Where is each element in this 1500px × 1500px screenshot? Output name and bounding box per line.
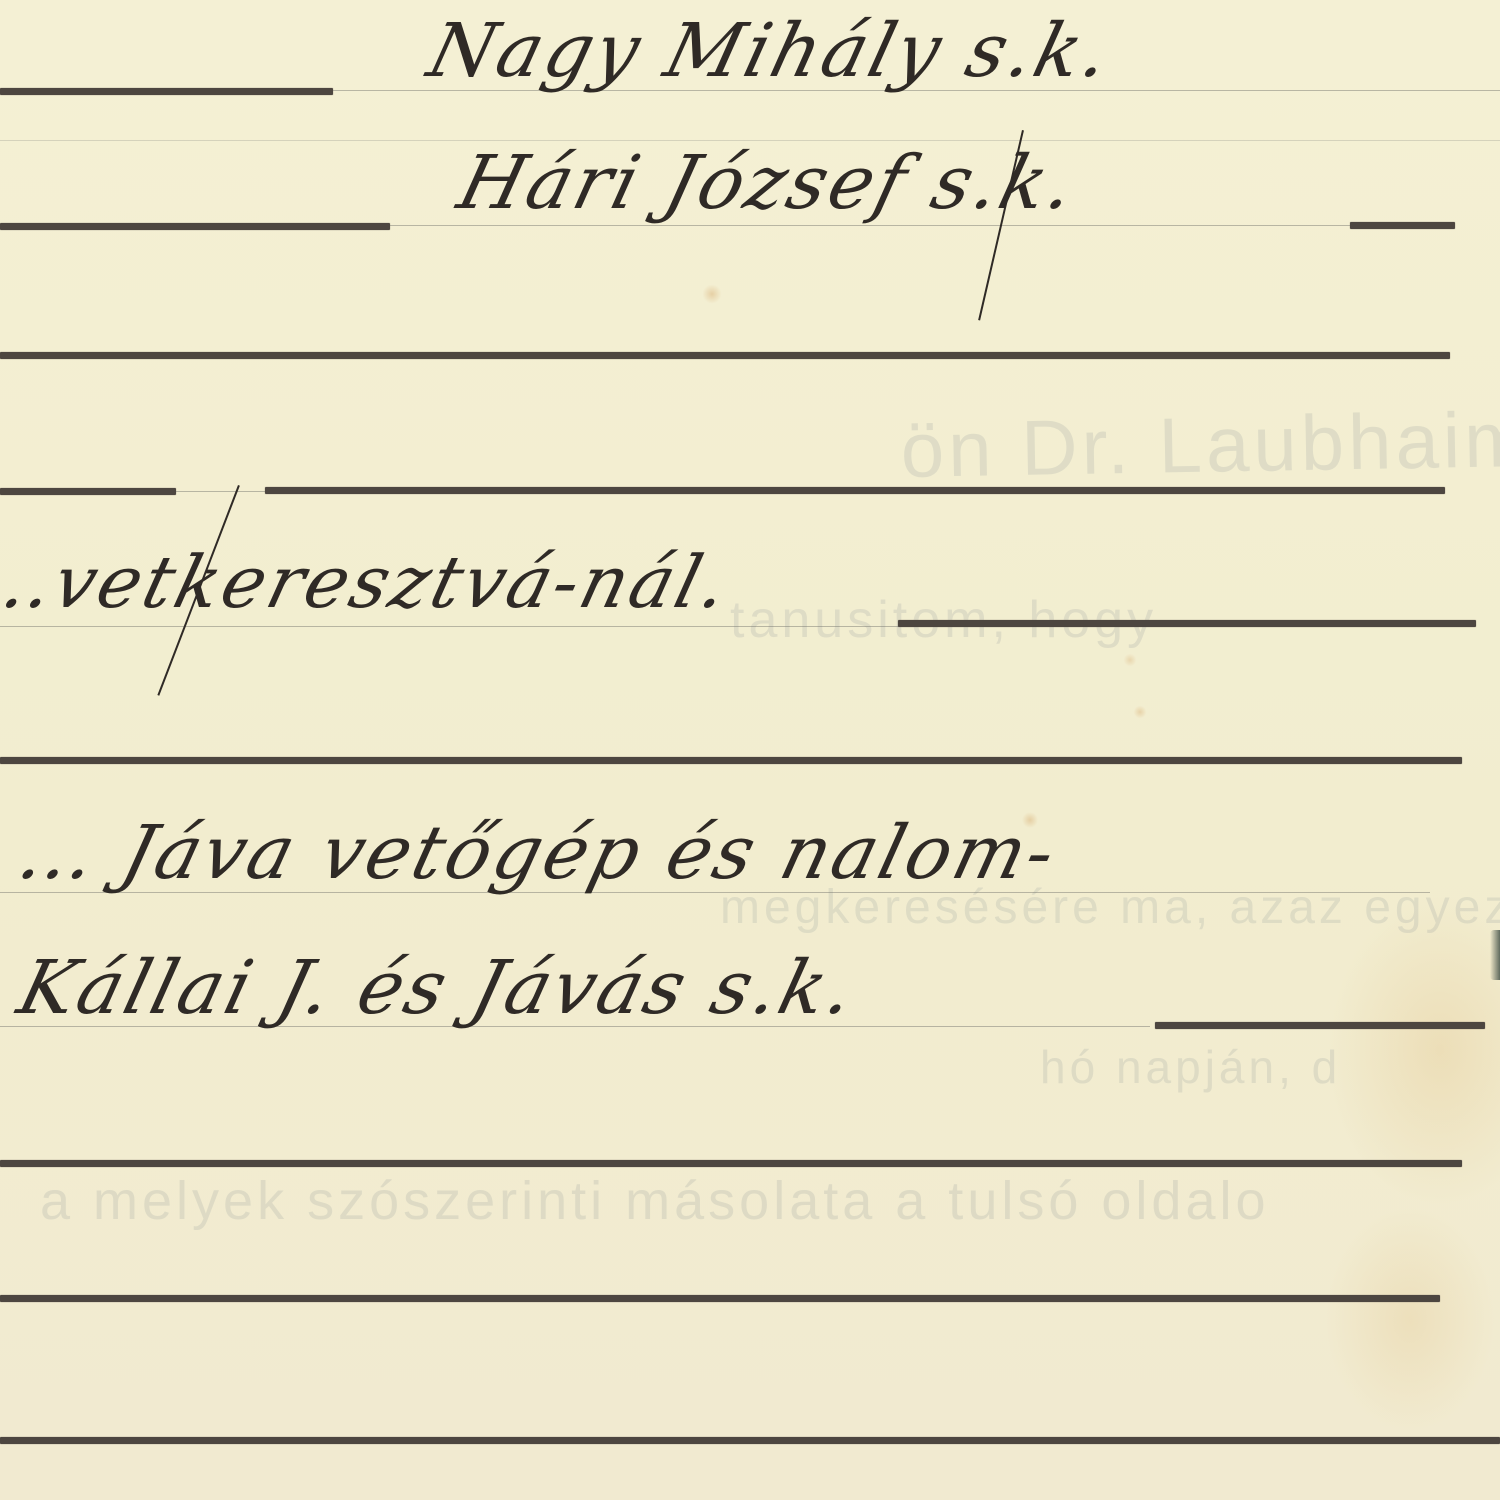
form-rule <box>0 352 1450 359</box>
bleed-through-text-5: a melyek szószerinti másolata a tulsó ol… <box>40 1170 1270 1232</box>
handwritten-signature-1: Nagy Mihály s.k. <box>420 8 1121 94</box>
form-rule <box>1155 1022 1485 1029</box>
form-rule <box>0 757 1462 764</box>
form-rule <box>0 88 333 95</box>
baseline-rule <box>176 491 266 492</box>
bleed-through-text-1: ön Dr. Laubhaimer Oszk <box>900 389 1500 496</box>
bleed-through-text-4: hó napján, d <box>1040 1040 1341 1094</box>
handwritten-line-4: … Jáva vetőgép és nalom- <box>10 810 1067 896</box>
handwritten-line-3: …vetkeresztvá-nál. <box>0 540 739 624</box>
form-rule <box>0 488 176 495</box>
handwritten-signature-2: Hári József s.k. <box>450 140 1086 226</box>
form-rule <box>0 1295 1440 1302</box>
page-edge-mark <box>1490 930 1500 980</box>
form-rule <box>0 1160 1462 1167</box>
form-rule <box>1350 222 1455 229</box>
form-rule <box>0 223 390 230</box>
form-rule <box>265 487 1445 494</box>
baseline-rule <box>0 626 900 627</box>
handwritten-line-5: Kállai J. és Jávás s.k. <box>10 945 866 1031</box>
form-rule <box>898 620 1476 627</box>
form-rule <box>0 1437 1500 1444</box>
